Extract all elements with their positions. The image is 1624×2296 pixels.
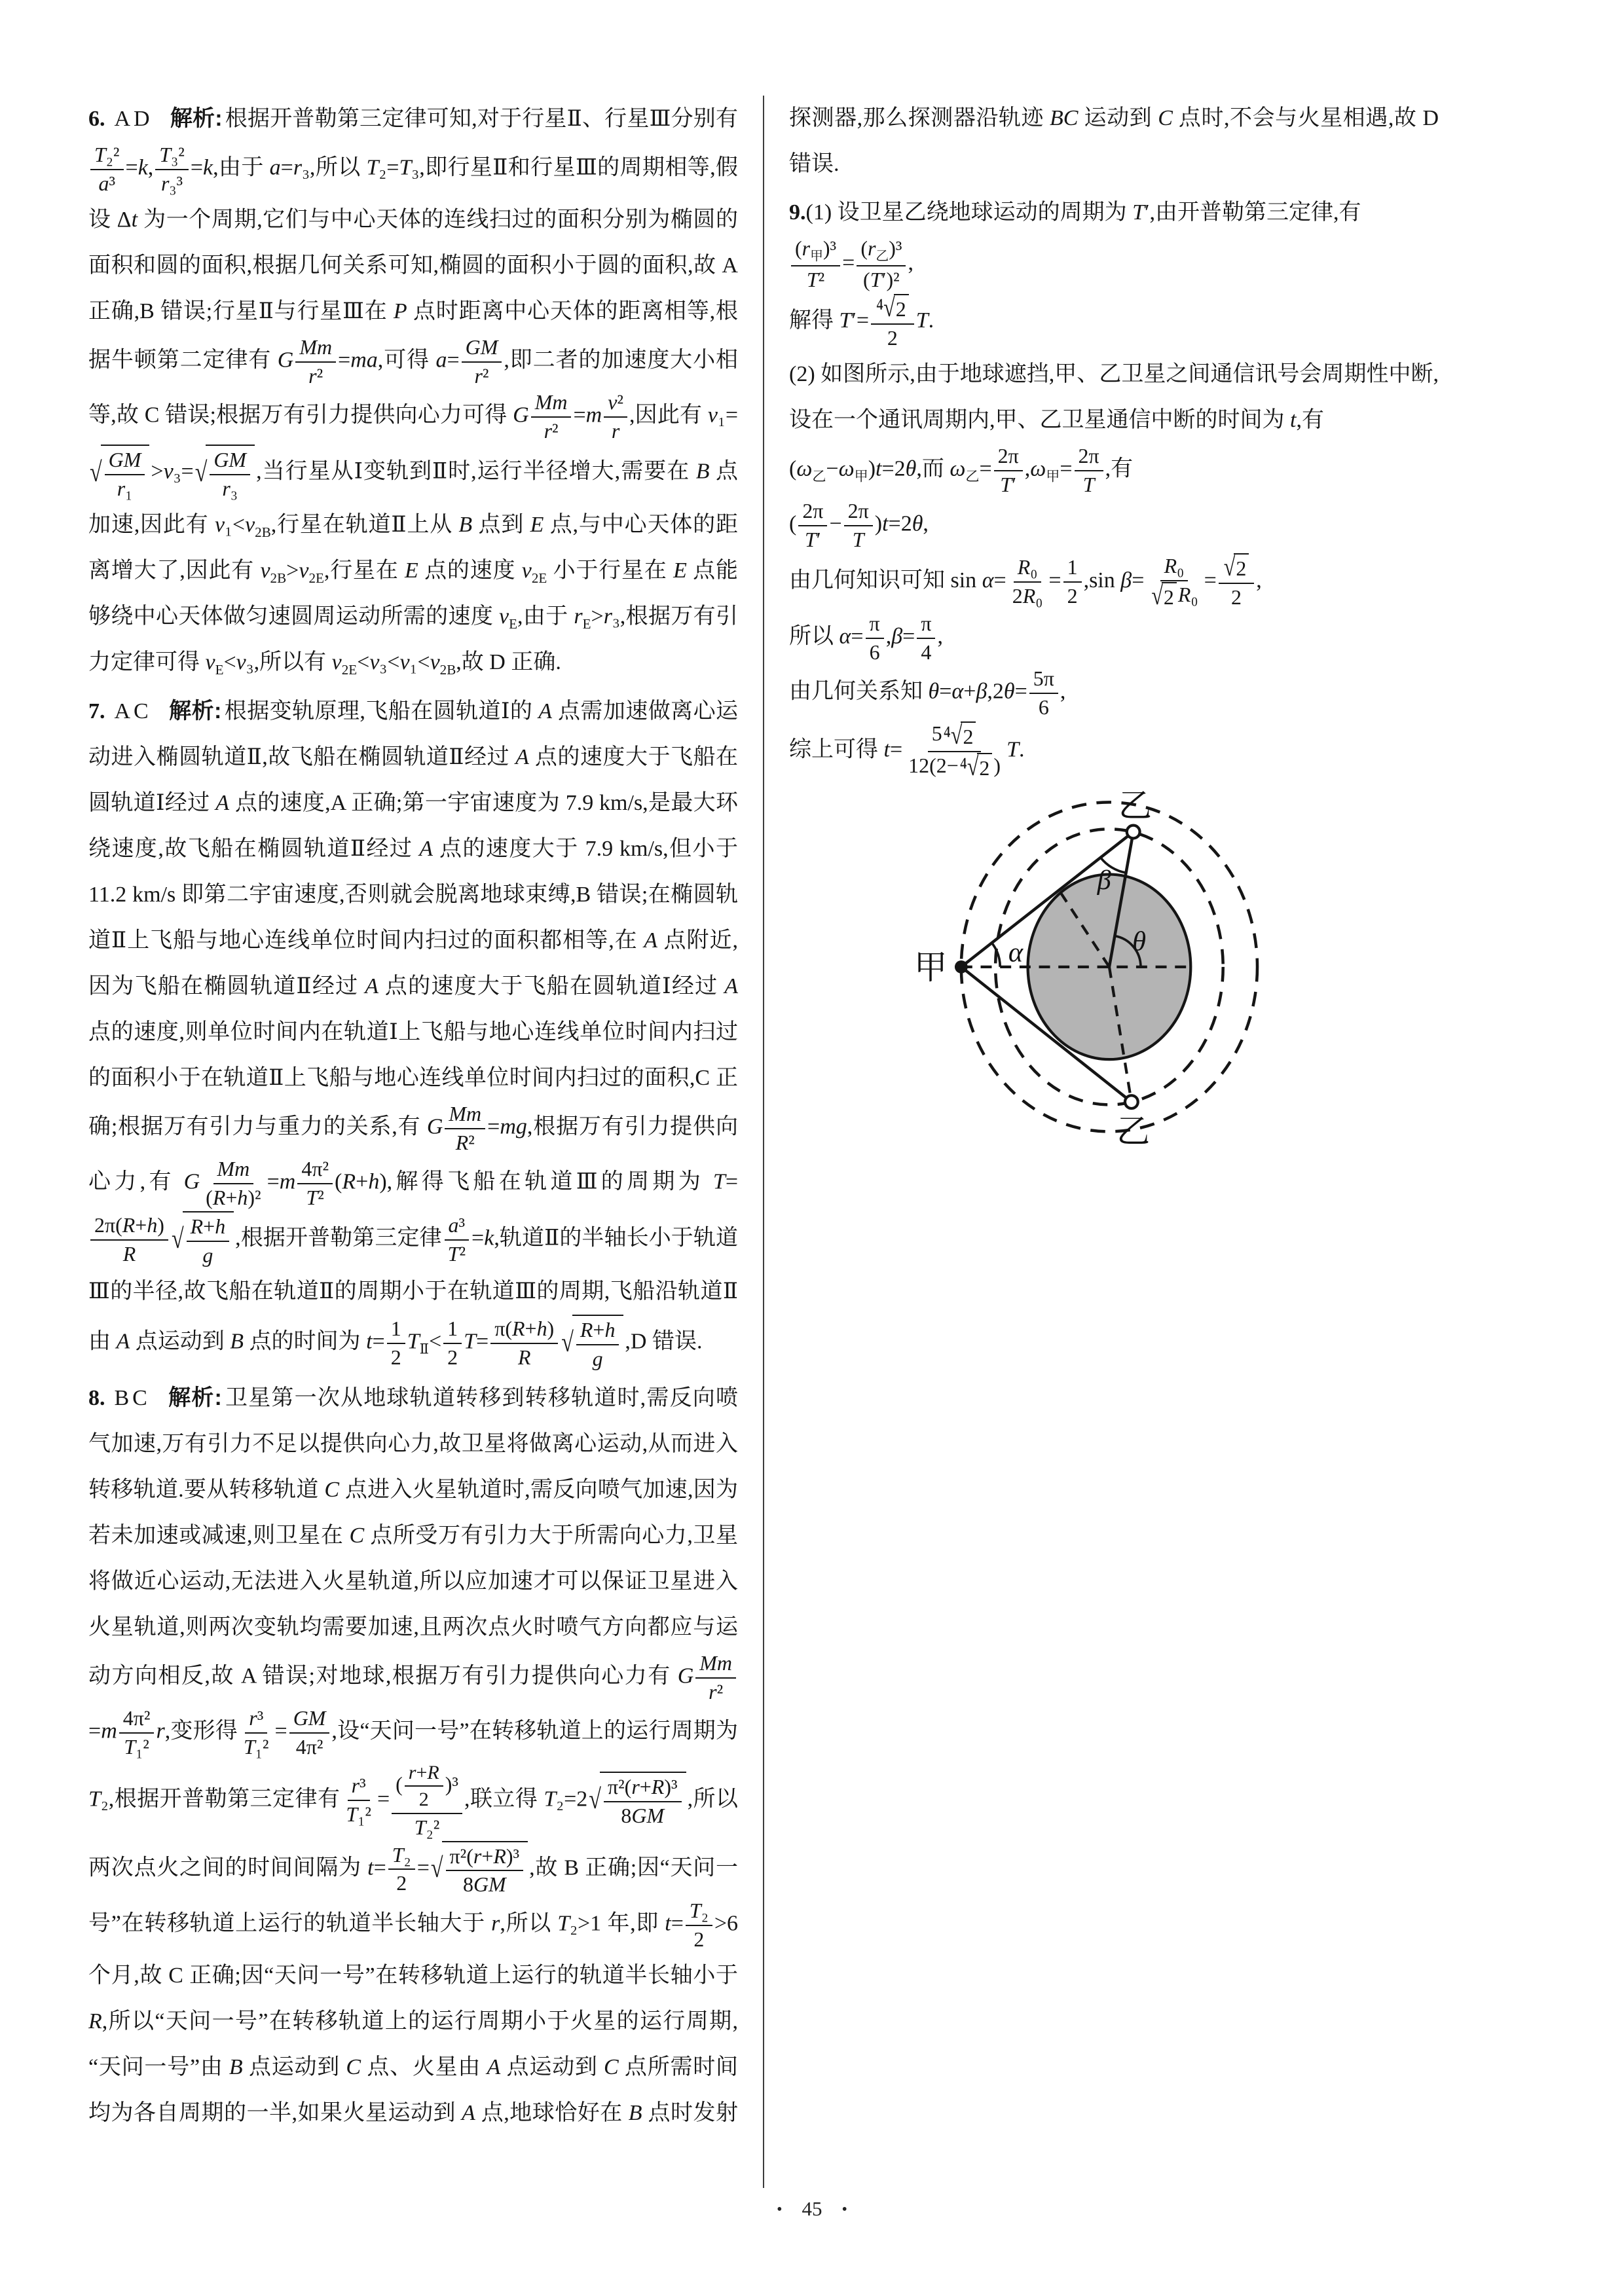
answer-paragraph: (2) 如图所示,由于地球遮挡,甲、乙卫星之间通信讯号会周期性中断,设在一个通讯… bbox=[789, 352, 1439, 443]
yi-top-satellite-marker bbox=[1127, 826, 1140, 839]
page-number: •45• bbox=[0, 2197, 1624, 2221]
answer-paragraph: (ω乙−ω甲)t=2θ,而 ω乙=2πT′,ω甲=2πT,有 bbox=[789, 443, 1439, 498]
answer-paragraph: 解得 T′=⁴√22T. bbox=[789, 293, 1439, 352]
answer-paragraph: 所以 α=π6,β=π4, bbox=[789, 611, 1439, 666]
yi-top-label: 乙 bbox=[1118, 791, 1152, 825]
answer-paragraph: 6.AD解析:根据开普勒第三定律可知,对于行星Ⅱ、行星Ⅲ分别有T₂²a³=k,T… bbox=[88, 96, 738, 685]
analysis-tag: 解析: bbox=[169, 699, 222, 723]
analysis-tag: 解析: bbox=[170, 106, 223, 131]
question-number: 8. bbox=[88, 1386, 105, 1410]
orbit-figure: 甲 乙 乙 α β θ bbox=[789, 791, 1439, 1178]
answer-paragraph: 综上可得 t=5⁴√212(2−⁴√2)T. bbox=[789, 721, 1439, 782]
page-number-value: 45 bbox=[802, 2197, 822, 2220]
page: 6.AD解析:根据开普勒第三定律可知,对于行星Ⅱ、行星Ⅲ分别有T₂²a³=k,T… bbox=[0, 0, 1624, 2296]
beta-label: β bbox=[1097, 865, 1112, 896]
page-number-left-dot: • bbox=[777, 2201, 782, 2218]
solutions-two-column-text: 6.AD解析:根据开普勒第三定律可知,对于行星Ⅱ、行星Ⅲ分别有T₂²a³=k,T… bbox=[88, 96, 1439, 2188]
answer-paragraph: 9.(1) 设卫星乙绕地球运动的周期为 T′,由开普勒第三定律,有 bbox=[789, 190, 1439, 236]
question-number: 9. bbox=[789, 200, 806, 225]
yi-bottom-satellite-marker bbox=[1125, 1095, 1138, 1108]
answer-item: 7.AC解析:根据变轨原理,飞船在圆轨道Ⅰ的 A 点需加速做离心运动进入椭圆轨道… bbox=[88, 688, 738, 1372]
theta-label: θ bbox=[1132, 926, 1146, 957]
question-number: 7. bbox=[88, 699, 105, 723]
page-number-right-dot: • bbox=[842, 2201, 847, 2218]
orbit-diagram: 甲 乙 乙 α β θ bbox=[901, 791, 1327, 1161]
answer-paragraph: (2πT′−2πT)t=2θ, bbox=[789, 498, 1439, 553]
answer-paragraph: 由几何知识可知 sin α=R₀2R₀=12,sin β=R₀√2R₀=√22, bbox=[789, 553, 1439, 611]
answer-paragraph: 由几何关系知 θ=α+β,2θ=5π6, bbox=[789, 666, 1439, 721]
analysis-tag: 解析: bbox=[168, 1385, 222, 1410]
jia-label: 甲 bbox=[914, 950, 948, 987]
answer-item: 6.AD解析:根据开普勒第三定律可知,对于行星Ⅱ、行星Ⅲ分别有T₂²a³=k,T… bbox=[88, 96, 738, 685]
answer-paragraph: (r甲)³T²=(r乙)³(T′)², bbox=[789, 236, 1439, 293]
question-number: 6. bbox=[88, 107, 105, 131]
answer-paragraph: 7.AC解析:根据变轨原理,飞船在圆轨道Ⅰ的 A 点需加速做离心运动进入椭圆轨道… bbox=[88, 688, 738, 1372]
yi-bottom-label: 乙 bbox=[1116, 1114, 1150, 1151]
answer-letters: AC bbox=[115, 699, 152, 723]
jia-satellite-dot bbox=[955, 960, 968, 974]
alpha-label: α bbox=[1008, 938, 1024, 968]
answer-item: 9.(1) 设卫星乙绕地球运动的周期为 T′,由开普勒第三定律,有(r甲)³T²… bbox=[789, 190, 1439, 782]
answer-letters: AD bbox=[115, 107, 153, 131]
answer-letters: BC bbox=[115, 1386, 151, 1410]
